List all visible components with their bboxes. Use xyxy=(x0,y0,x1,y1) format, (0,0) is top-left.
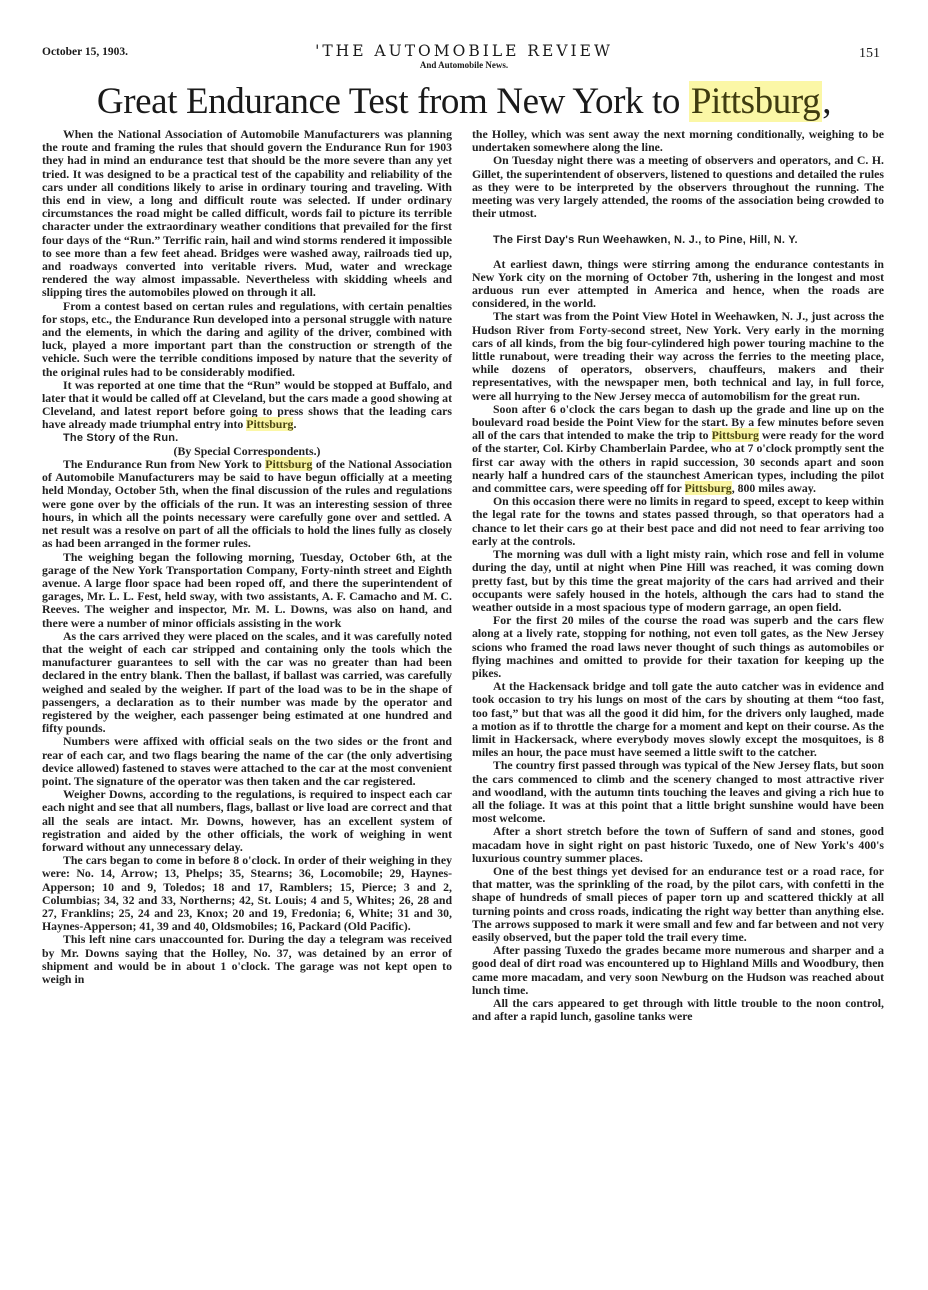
paragraph: Soon after 6 o'clock the cars began to d… xyxy=(472,403,884,495)
text-span: of the National Association of Automobil… xyxy=(42,457,452,550)
paragraph: Numbers were affixed with official seals… xyxy=(42,735,452,788)
paragraph: After passing Tuxedo the grades became m… xyxy=(472,944,884,997)
masthead: October 15, 1903. 'THE AUTOMOBILE REVIEW… xyxy=(0,40,928,80)
headline-text: Great Endurance Test from New York to xyxy=(97,81,680,122)
paragraph: When the National Association of Automob… xyxy=(42,128,452,300)
paragraph: As the cars arrived they were placed on … xyxy=(42,630,452,736)
paragraph: On Tuesday night there was a meeting of … xyxy=(472,154,884,220)
paragraph: The Endurance Run from New York to Pitts… xyxy=(42,458,452,550)
publication-title: 'THE AUTOMOBILE REVIEW xyxy=(0,42,928,60)
right-column: the Holley, which was sent away the next… xyxy=(472,128,884,1023)
paragraph: The start was from the Point View Hotel … xyxy=(472,310,884,402)
paragraph: After a short stretch before the town of… xyxy=(472,825,884,865)
highlighted-term: Pittsburg xyxy=(246,417,293,431)
paragraph: The country first passed through was typ… xyxy=(472,759,884,825)
paragraph: The weighing began the following morning… xyxy=(42,551,452,630)
highlighted-term: Pittsburg xyxy=(685,481,732,495)
paragraph: This left nine cars unaccounted for. Dur… xyxy=(42,933,452,986)
paragraph: On this occasion there were no limits in… xyxy=(472,495,884,548)
left-column: When the National Association of Automob… xyxy=(42,128,452,986)
text-span: . xyxy=(293,417,296,431)
paragraph: At the Hackensack bridge and toll gate t… xyxy=(472,680,884,759)
paragraph: At earliest dawn, things were stirring a… xyxy=(472,258,884,311)
paragraph: It was reported at one time that the “Ru… xyxy=(42,379,452,432)
text-span: , 800 miles away. xyxy=(732,481,816,495)
paragraph: One of the best things yet devised for a… xyxy=(472,865,884,944)
paragraph: All the cars appeared to get through wit… xyxy=(472,997,884,1023)
headline-trailing: , xyxy=(822,81,831,122)
paragraph: The morning was dull with a light misty … xyxy=(472,548,884,614)
article-headline: Great Endurance Test from New York to Pi… xyxy=(0,80,928,124)
highlighted-term: Pittsburg xyxy=(265,457,312,471)
paragraph: the Holley, which was sent away the next… xyxy=(472,128,884,154)
highlighted-term: Pittsburg xyxy=(712,428,759,442)
headline-highlighted-word: Pittsburg xyxy=(689,81,822,122)
section-subhead: The First Day's Run Weehawken, N. J., to… xyxy=(472,234,884,247)
text-span: The Endurance Run from New York to xyxy=(63,457,265,471)
paragraph: For the first 20 miles of the course the… xyxy=(472,614,884,680)
paragraph: Weigher Downs, according to the regulati… xyxy=(42,788,452,854)
section-subhead: The Story of the Run. xyxy=(42,432,452,445)
page-number: 151 xyxy=(859,46,880,62)
paragraph: From a contest based on certan rules and… xyxy=(42,300,452,379)
publication-name: 'THE AUTOMOBILE REVIEW And Automobile Ne… xyxy=(0,42,928,70)
paragraph: The cars began to come in before 8 o'clo… xyxy=(42,854,452,933)
publication-subtitle: And Automobile News. xyxy=(0,60,928,70)
